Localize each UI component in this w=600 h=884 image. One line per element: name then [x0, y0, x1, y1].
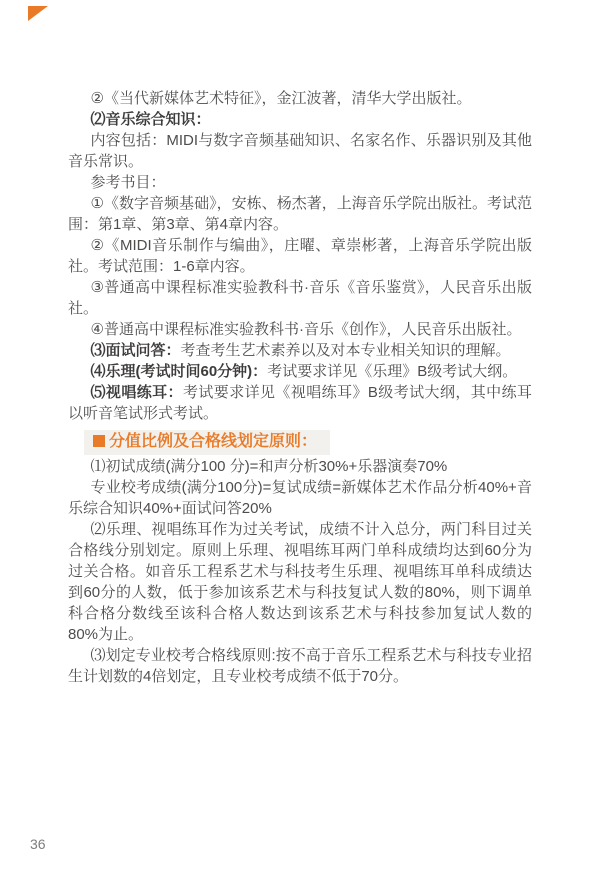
- paragraph: ①《数字音频基础》，安栋、杨杰著，上海音乐学院出版社。考试范围：第1章、第3章、…: [68, 193, 532, 235]
- content-block-1: ②《当代新媒体艺术特征》，金江波著，清华大学出版社。⑵音乐综合知识：内容包括：M…: [68, 88, 532, 424]
- paragraph: ⑷乐理(考试时间60分钟)：考试要求详见《乐理》B级考试大纲。: [68, 361, 532, 382]
- paragraph: ⑴初试成绩(满分100 分)=和声分析30%+乐器演奏70%: [68, 456, 532, 477]
- paragraph: 内容包括：MIDI与数字音频基础知识、名家名作、乐器识别及其他音乐常识。: [68, 130, 532, 172]
- paragraph: ②《当代新媒体艺术特征》，金江波著，清华大学出版社。: [68, 88, 532, 109]
- square-bullet-icon: [93, 435, 105, 447]
- text-run: ④普通高中课程标准实验教科书·音乐《创作》，人民音乐出版社。: [91, 321, 522, 338]
- paragraph: ⑶划定专业校考合格线原则:按不高于音乐工程系艺术与科技专业招生计划数的4倍划定，…: [68, 645, 532, 687]
- paragraph: ⑸视唱练耳：考试要求详见《视唱练耳》B级考试大纲，其中练耳以听音笔试形式考试。: [68, 382, 532, 424]
- section-title: 分值比例及合格线划定原则：: [109, 433, 317, 450]
- page-number: 36: [30, 836, 46, 852]
- text-run: ⑶划定专业校考合格线原则:按不高于音乐工程系艺术与科技专业招生计划数的4倍划定，…: [68, 647, 532, 685]
- text-run: ⑷乐理(考试时间60分钟)：: [91, 363, 268, 380]
- text-run: 考试要求详见《乐理》B级考试大纲。: [267, 363, 517, 380]
- text-run: ⑵音乐综合知识：: [91, 111, 211, 128]
- text-run: ①《数字音频基础》，安栋、杨杰著，上海音乐学院出版社。考试范围：第1章、第3章、…: [68, 195, 532, 233]
- document-page: ②《当代新媒体艺术特征》，金江波著，清华大学出版社。⑵音乐综合知识：内容包括：M…: [0, 0, 600, 884]
- paragraph: ③普通高中课程标准实验教科书·音乐《音乐鉴赏》，人民音乐出版社。: [68, 277, 532, 319]
- text-run: ⑸视唱练耳：: [91, 384, 183, 401]
- text-run: 内容包括：MIDI与数字音频基础知识、名家名作、乐器识别及其他音乐常识。: [68, 132, 532, 170]
- text-run: 专业校考成绩(满分100分)=复试成绩=新媒体艺术作品分析40%+音乐综合知识4…: [68, 479, 532, 517]
- paragraph: 参考书目：: [68, 172, 532, 193]
- text-run: ②《MIDI音乐制作与编曲》，庄曜、章崇彬著，上海音乐学院出版社。考试范围：1-…: [68, 237, 532, 275]
- paragraph: ⑵音乐综合知识：: [68, 109, 532, 130]
- paragraph: ⑵乐理、视唱练耳作为过关考试，成绩不计入总分，两门科目过关合格线分别划定。原则上…: [68, 519, 532, 645]
- text-run: 考查考生艺术素养以及对本专业相关知识的理解。: [181, 342, 511, 359]
- paragraph: ②《MIDI音乐制作与编曲》，庄曜、章崇彬著，上海音乐学院出版社。考试范围：1-…: [68, 235, 532, 277]
- paragraph: ⑶面试问答：考查考生艺术素养以及对本专业相关知识的理解。: [68, 340, 532, 361]
- text-run: ⑵乐理、视唱练耳作为过关考试，成绩不计入总分，两门科目过关合格线分别划定。原则上…: [68, 521, 532, 643]
- page-content: ②《当代新媒体艺术特征》，金江波著，清华大学出版社。⑵音乐综合知识：内容包括：M…: [68, 88, 532, 687]
- section-header: 分值比例及合格线划定原则：: [84, 430, 330, 455]
- content-block-2: ⑴初试成绩(满分100 分)=和声分析30%+乐器演奏70%专业校考成绩(满分1…: [68, 456, 532, 687]
- paragraph: 专业校考成绩(满分100分)=复试成绩=新媒体艺术作品分析40%+音乐综合知识4…: [68, 477, 532, 519]
- text-run: ③普通高中课程标准实验教科书·音乐《音乐鉴赏》，人民音乐出版社。: [68, 279, 532, 317]
- paragraph: ④普通高中课程标准实验教科书·音乐《创作》，人民音乐出版社。: [68, 319, 532, 340]
- text-run: ②《当代新媒体艺术特征》，金江波著，清华大学出版社。: [91, 90, 472, 107]
- text-run: 参考书目：: [91, 174, 166, 191]
- text-run: ⑴初试成绩(满分100 分)=和声分析30%+乐器演奏70%: [91, 458, 448, 475]
- text-run: ⑶面试问答：: [91, 342, 181, 359]
- corner-accent-icon: [28, 6, 48, 21]
